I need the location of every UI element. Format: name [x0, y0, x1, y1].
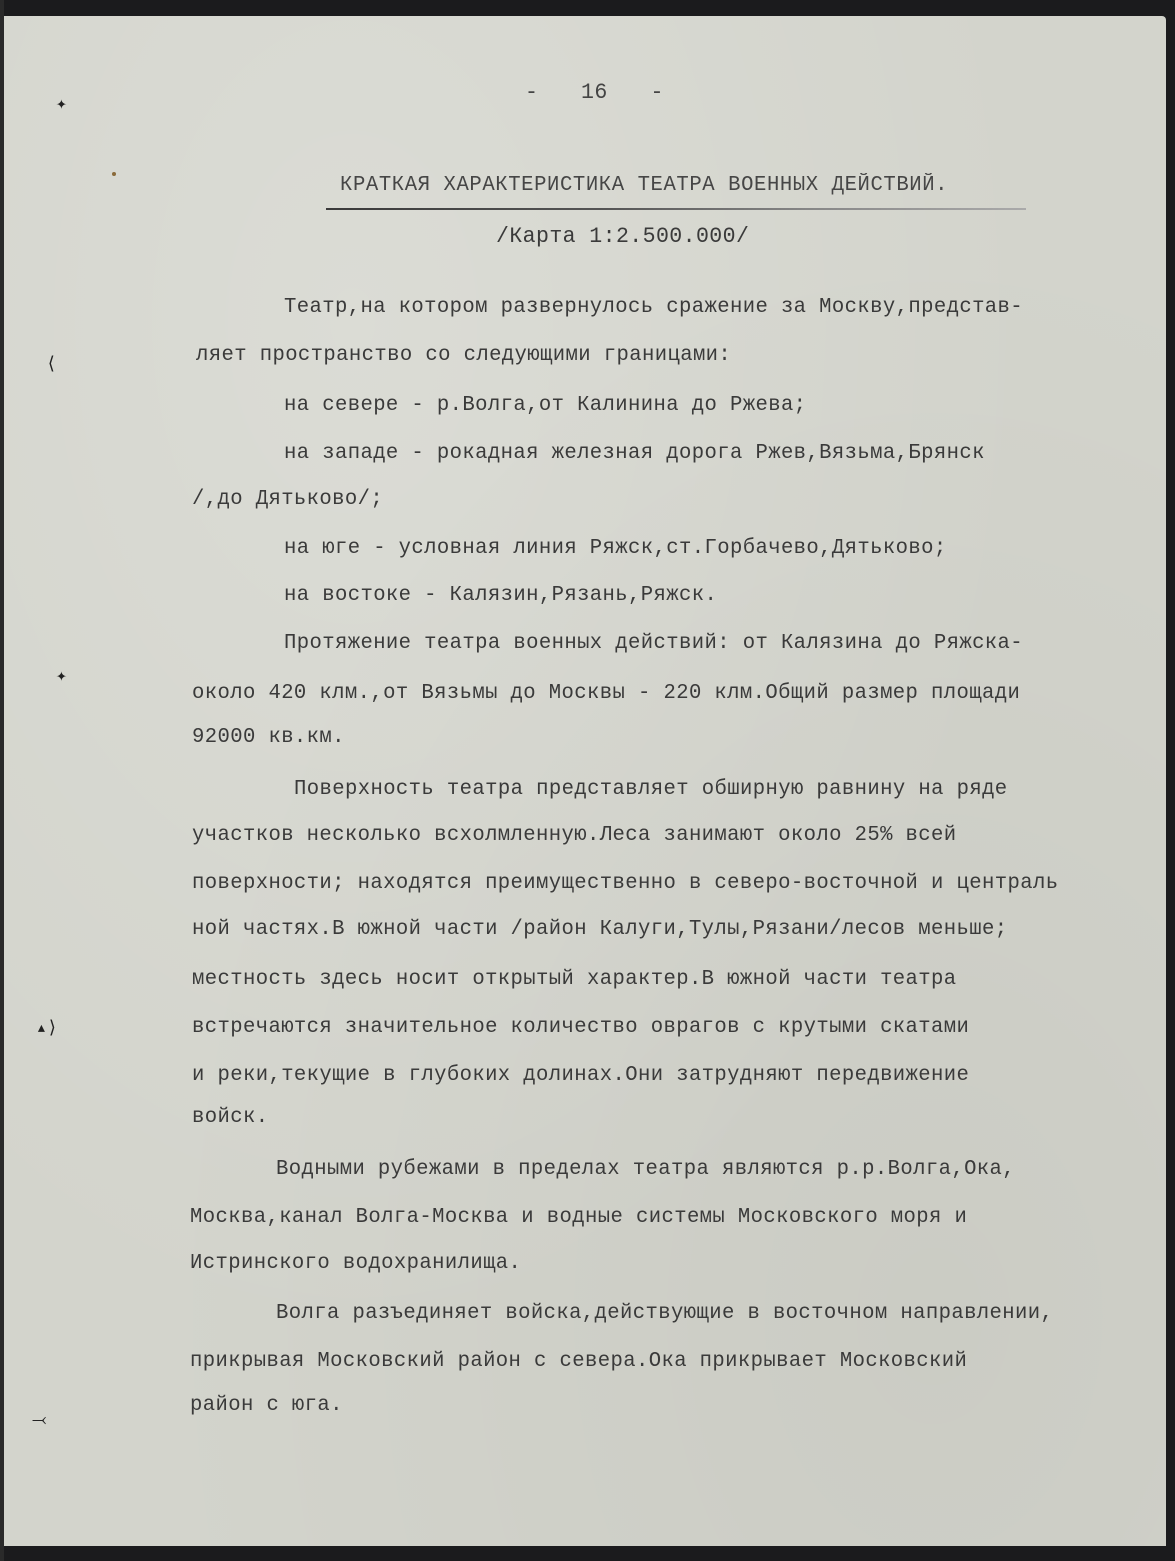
text-line: местность здесь носит открытый характер.…: [192, 968, 957, 991]
text-line: войск.: [192, 1106, 268, 1129]
punch-hole-mark: ✦: [56, 96, 67, 114]
punch-hole-mark: ⤙: [32, 1412, 46, 1430]
text-line: участков несколько всхолмленную.Леса зан…: [192, 824, 957, 847]
text-line: на востоке - Калязин,Рязань,Ряжск.: [284, 584, 717, 607]
text-line: встречаются значительное количество овра…: [192, 1016, 969, 1039]
text-line: /,до Дятьково/;: [192, 488, 383, 511]
page-number: - 16 -: [525, 80, 664, 105]
document-title: КРАТКАЯ ХАРАКТЕРИСТИКА ТЕАТРА ВОЕННЫХ ДЕ…: [340, 174, 948, 197]
text-line: Волга разъединяет войска,действующие в в…: [276, 1302, 1053, 1325]
text-line: район с юга.: [190, 1394, 343, 1417]
text-line: и реки,текущие в глубоких долинах.Они за…: [192, 1064, 969, 1087]
text-line: Поверхность театра представляет обширную…: [294, 778, 1008, 801]
text-line: Протяжение театра военных действий: от К…: [284, 632, 1023, 655]
text-line: Истринского водохранилища.: [190, 1252, 521, 1275]
map-scale-subtitle: /Карта 1:2.500.000/: [496, 224, 749, 249]
punch-hole-mark: ▴⟩: [36, 1020, 58, 1038]
stain-spot: [112, 172, 116, 176]
title-underline: [326, 208, 1026, 210]
text-line: Водными рубежами в пределах театра являю…: [276, 1158, 1015, 1181]
text-line: ляет пространство со следующими границам…: [196, 344, 731, 367]
text-line: Москва,канал Волга-Москва и водные систе…: [190, 1206, 967, 1229]
text-line: прикрывая Московский район с севера.Ока …: [190, 1350, 967, 1373]
punch-hole-mark: ✦: [56, 668, 67, 686]
text-line: поверхности; находятся преимущественно в…: [192, 872, 1058, 895]
text-line: 92000 кв.км.: [192, 726, 345, 749]
punch-hole-mark: ⟨: [46, 356, 57, 374]
text-line: Театр,на котором развернулось сражение з…: [284, 296, 1023, 319]
text-line: на юге - условная линия Ряжск,ст.Горбаче…: [284, 537, 947, 560]
text-line: ной частях.В южной части /район Калуги,Т…: [192, 918, 1007, 941]
text-line: на западе - рокадная железная дорога Рже…: [284, 442, 985, 465]
text-line: около 420 клм.,от Вязьмы до Москвы - 220…: [192, 682, 1020, 705]
text-line: на севере - р.Волга,от Калинина до Ржева…: [284, 394, 806, 417]
